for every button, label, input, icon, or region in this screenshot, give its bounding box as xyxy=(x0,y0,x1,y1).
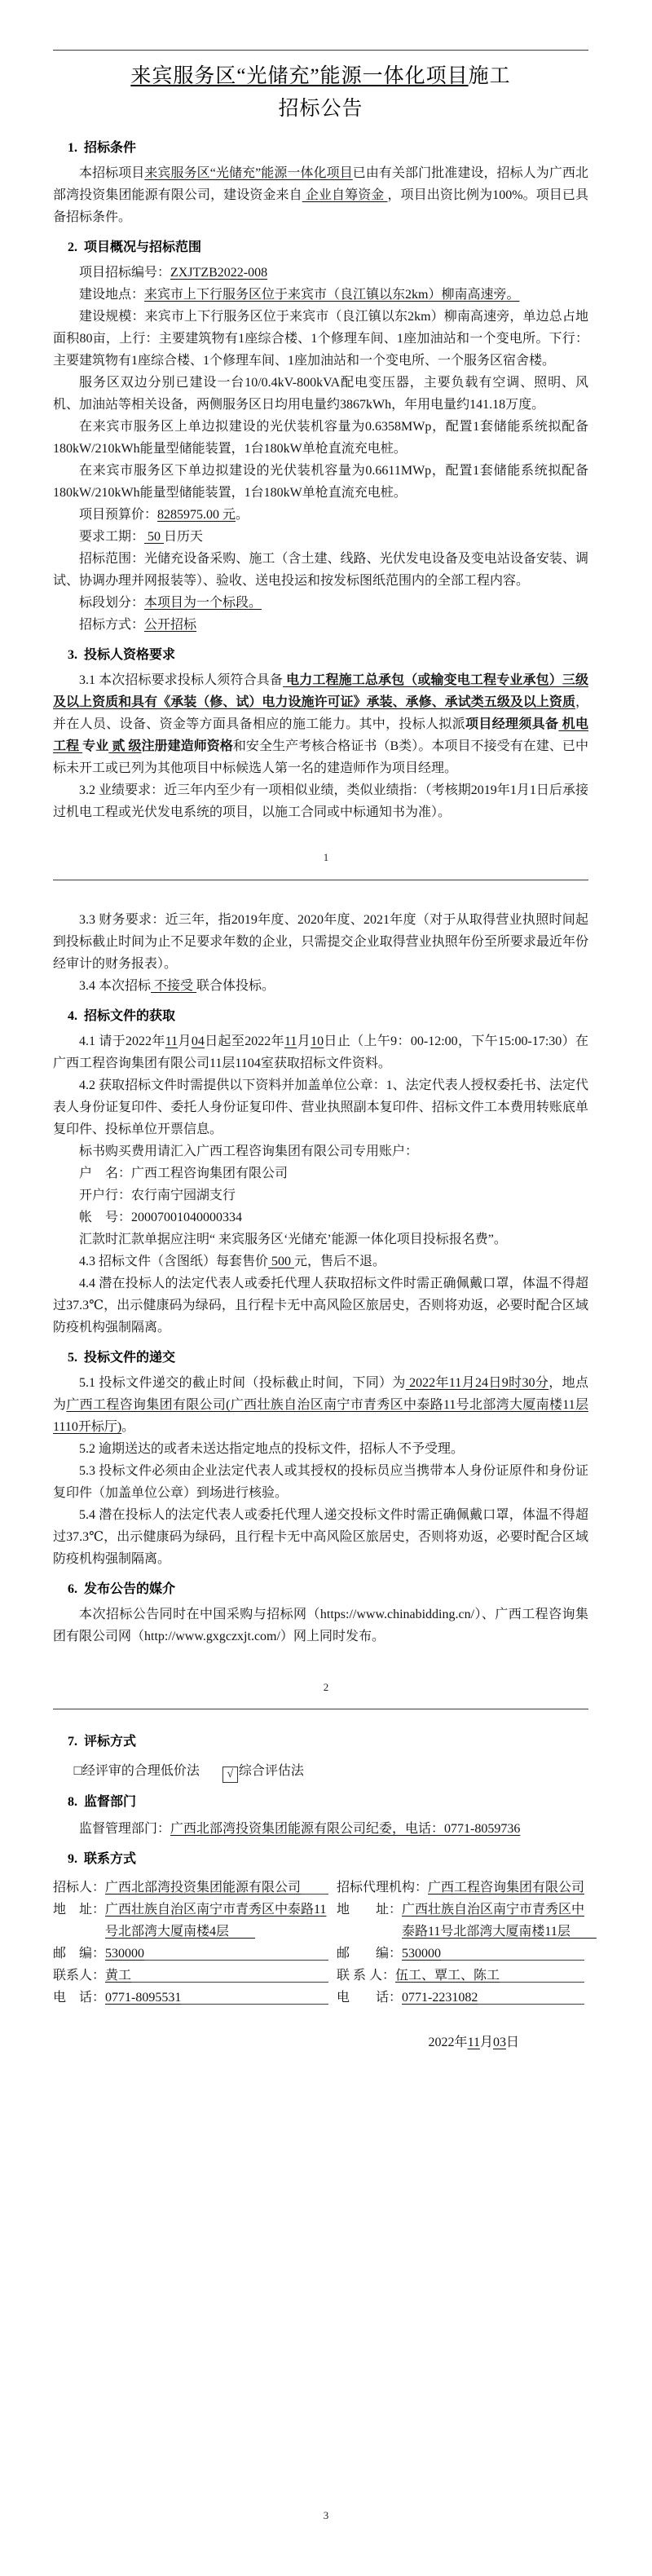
account-name-line: 户 名：广西工程咨询集团有限公司 xyxy=(53,1162,588,1184)
page-number-1: 1 xyxy=(0,851,652,864)
clause-3-1: 3.1 本次招标要求投标人须符合具备 电力工程施工总承包（或输变电工程专业承包）… xyxy=(53,669,588,779)
agency-contact-row: 联 系 人：伍工、覃工、陈工 xyxy=(337,1965,593,1987)
page-number-3: 3 xyxy=(0,2509,652,2522)
bid-method-line: 招标方式：公开招标 xyxy=(53,614,588,636)
power-paragraph: 服务区双边分别已建设一台10/0.4kV-800kVA配电变压器，主要负载有空调… xyxy=(53,372,588,416)
contact-right-column: 招标代理机构：广西工程咨询集团有限公司 地 址：广西壮族自治区南宁市青秀区中泰路… xyxy=(337,1877,593,2009)
title-underlined-part: 来宾服务区“光储充”能源一体化项目 xyxy=(130,65,468,87)
site-line: 建设地点：来宾市上下行服务区位于来宾市（良江镇以东2km）柳南高速旁。 xyxy=(53,284,588,306)
section-1-paragraph: 本招标项目来宾服务区“光储充”能源一体化项目已由有关部门批准建设，招标人为广西北… xyxy=(53,162,588,228)
section-7-heading: 7. 评标方式 xyxy=(53,1731,588,1753)
contact-table: 招标人：广西北部湾投资集团能源有限公司 地 址：广西壮族自治区南宁市青秀区中泰路… xyxy=(53,1877,588,2009)
account-bank-line: 开户行：农行南宁园湖支行 xyxy=(53,1184,588,1206)
clause-5-4: 5.4 潜在投标人的法定代表人或委托代理人递交投标文件时需正确佩戴口罩，体温不得… xyxy=(53,1504,588,1570)
blank-underline xyxy=(441,1943,584,1961)
scale-paragraph: 建设规模：来宾市上下行服务区位于来宾市（良江镇以东2km）柳南高速旁，单边总占地… xyxy=(53,306,588,372)
blank-underline xyxy=(144,1943,328,1961)
tenderer-address-row: 地 址：广西壮族自治区南宁市青秀区中泰路11号北部湾大厦南楼4层 xyxy=(53,1899,337,1943)
announcement-date: 2022年11月03日 xyxy=(53,2031,588,2053)
section-6-heading: 6. 发布公告的媒介 xyxy=(53,1578,588,1600)
clause-4-4: 4.4 潜在投标人的法定代表人或委托代理人获取招标文件时需正确佩戴口罩，体温不得… xyxy=(53,1273,588,1339)
clause-3-4: 3.4 本次招标 不接受 联合体投标。 xyxy=(53,975,588,997)
duration-line: 要求工期： 50 日历天 xyxy=(53,526,588,548)
page-break-rule-2 xyxy=(53,1709,588,1709)
blank-underline xyxy=(478,1987,584,2005)
agency-address-row: 地 址：广西壮族自治区南宁市青秀区中泰路11号北部湾大厦南楼11层 xyxy=(337,1899,593,1943)
contact-left-column: 招标人：广西北部湾投资集团能源有限公司 地 址：广西壮族自治区南宁市青秀区中泰路… xyxy=(53,1877,337,2009)
clause-3-3: 3.3 财务要求：近三年，指2019年度、2020年度、2021年度（对于从取得… xyxy=(53,909,588,975)
agency-row: 招标代理机构：广西工程咨询集团有限公司 xyxy=(337,1877,593,1899)
tender-document: 1 2 3 来宾服务区“光储充”能源一体化项目施工 招标公告 1. 招标条件 本… xyxy=(0,0,652,2576)
section-8-heading: 8. 监督部门 xyxy=(53,1791,588,1813)
agency-postcode-row: 邮 编：530000 xyxy=(337,1943,593,1965)
page-break-rule-1 xyxy=(53,880,588,880)
blank-underline xyxy=(500,1965,584,1983)
media-paragraph: 本次招标公告同时在中国采购与招标网（https://www.chinabiddi… xyxy=(53,1603,588,1647)
scope-paragraph: 招标范围：光储充设备采购、施工（含土建、线路、光伏发电设备及变电站设备安装、调试… xyxy=(53,548,588,592)
checkbox-unchecked-icon: □ xyxy=(74,1762,82,1778)
section-4-heading: 4. 招标文件的获取 xyxy=(53,1005,588,1027)
tenderer-postcode-row: 邮 编：530000 xyxy=(53,1943,337,1965)
remit-note-line: 汇款时汇款单据应注明“ 来宾服务区‘光储充’能源一体化项目投标报名费”。 xyxy=(53,1228,588,1251)
clause-4-2: 4.2 获取招标文件时需提供以下资料并加盖单位公章：1、法定代表人授权委托书、法… xyxy=(53,1074,588,1140)
blank-underline xyxy=(131,1965,328,1983)
page-1-content: 来宾服务区“光储充”能源一体化项目施工 招标公告 1. 招标条件 本招标项目来宾… xyxy=(53,60,588,823)
evaluation-options-row: □经评审的合理低价法√综合评估法 xyxy=(53,1759,588,1783)
agency-phone-row: 电 话：0771-2231082 xyxy=(337,1987,593,2009)
tenderer-contact-row: 联系人：黄工 xyxy=(53,1965,337,1987)
clause-3-2: 3.2 业绩要求：近三年内至少有一项相似业绩，类似业绩指：（考核期2019年1月… xyxy=(53,779,588,823)
clause-5-2: 5.2 逾期送达的或者未送达指定地点的投标文件，招标人不予受理。 xyxy=(53,1438,588,1460)
page-2-content: 3.3 财务要求：近三年，指2019年度、2020年度、2021年度（对于从取得… xyxy=(53,909,588,1647)
clause-5-1: 5.1 投标文件递交的截止时间（投标截止时间，下同）为 2022年11月24日9… xyxy=(53,1372,588,1438)
document-title-line1: 来宾服务区“光储充”能源一体化项目施工 xyxy=(53,60,588,93)
document-title-line2: 招标公告 xyxy=(53,93,588,126)
checkbox-checked-icon: √ xyxy=(222,1767,238,1783)
section-3-heading: 3. 投标人资格要求 xyxy=(53,644,588,666)
page-top-rule xyxy=(53,50,588,51)
section-9-heading: 9. 联系方式 xyxy=(53,1848,588,1870)
clause-4-3: 4.3 招标文件（含图纸）每套售价 500 元，售后不退。 xyxy=(53,1251,588,1273)
tenderer-phone-row: 电 话：0771-8095531 xyxy=(53,1987,337,2009)
blank-underline xyxy=(181,1987,328,2005)
title-tail: 施工 xyxy=(469,65,511,87)
page-3-content: 7. 评标方式 □经评审的合理低价法√综合评估法 8. 监督部门 监督管理部门：… xyxy=(53,1731,588,2053)
section-2-heading: 2. 项目概况与招标范围 xyxy=(53,236,588,258)
downside-paragraph: 在来宾市服务区下单边拟建设的光伏装机容量为0.6611MWp，配置1套储能系统拟… xyxy=(53,460,588,504)
project-code-line: 项目招标编号：ZXJTZB2022-008 xyxy=(53,262,588,284)
supervision-line: 监督管理部门：广西北部湾投资集团能源有限公司纪委，电话：0771-8059736 xyxy=(53,1818,588,1840)
account-number-line: 帐 号：20007001040000334 xyxy=(53,1206,588,1228)
option-comprehensive-label: 综合评估法 xyxy=(239,1764,304,1778)
tenderer-row: 招标人：广西北部湾投资集团能源有限公司 xyxy=(53,1877,337,1899)
clause-4-1: 4.1 请于2022年11月04日起至2022年11月10日止（上午9：00-1… xyxy=(53,1030,588,1074)
clause-5-3: 5.3 投标文件必须由企业法定代表人或其授权的投标员应当携带本人身份证原件和身份… xyxy=(53,1460,588,1504)
page-number-2: 2 xyxy=(0,1681,652,1694)
section-division-line: 标段划分：本项目为一个标段。 xyxy=(53,592,588,614)
option-low-price-label: 经评审的合理低价法 xyxy=(82,1764,200,1778)
upside-paragraph: 在来宾市服务区上单边拟建设的光伏装机容量为0.6358MWp，配置1套储能系统拟… xyxy=(53,416,588,460)
blank-underline xyxy=(301,1877,328,1895)
section-5-heading: 5. 投标文件的递交 xyxy=(53,1347,588,1369)
payment-intro-line: 标书购买费用请汇入广西工程咨询集团有限公司专用账户： xyxy=(53,1140,588,1162)
section-1-heading: 1. 招标条件 xyxy=(53,137,588,159)
budget-line: 项目预算价：8285975.00 元。 xyxy=(53,504,588,526)
